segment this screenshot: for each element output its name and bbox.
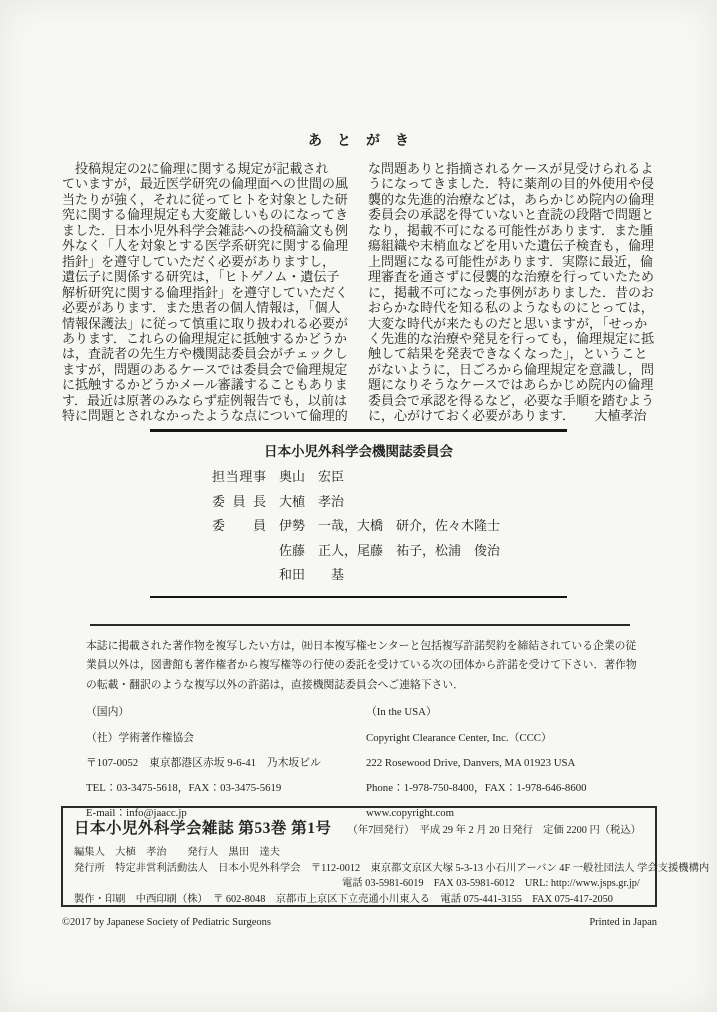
committee-row: 担当理事 奥山 宏臣	[212, 465, 567, 490]
committee-row: 委員長 大植 孝治	[212, 490, 567, 515]
afterword-right-column: な問題ありと指摘されるケースが見受けられるよ うになってきました．特に薬剤の目的…	[368, 161, 658, 424]
committee-role-label	[212, 539, 266, 564]
committee-member-names: 佐藤 正人，尾藤 祐子，松浦 俊治	[279, 539, 500, 564]
notice-top-rule	[90, 624, 630, 626]
journal-title: 日本小児外科学会雑誌 第53巻 第1号	[74, 816, 332, 838]
afterword-left-column: 投稿規定の2に倫理に関する規定が記載され ていますが，最近医学研究の倫理面への世…	[62, 161, 352, 424]
committee-member-list: 担当理事 奥山 宏臣 委員長 大植 孝治 委員 伊勢 一哉，大橋 研介，佐々木隆…	[212, 465, 567, 588]
reproduction-notice-block: 本誌に掲載された著作物を複写したい方は，㈳日本複写権センターと包括複写許諾契約を…	[62, 624, 658, 827]
committee-role-label: 担当理事	[212, 465, 266, 490]
committee-bottom-rule	[150, 596, 567, 598]
committee-row: 和田 基	[212, 563, 567, 588]
printer-line: 製作・印刷 中西印刷（株） 〒 602-8048 京都市上京区下立売通小川東入る…	[74, 892, 644, 908]
committee-role-label: 委員長	[212, 490, 266, 515]
afterword-body: 投稿規定の2に倫理に関する規定が記載され ていますが，最近医学研究の倫理面への世…	[62, 161, 658, 424]
committee-member-names: 伊勢 一哉，大橋 研介，佐々木隆士	[279, 514, 500, 539]
committee-row: 佐藤 正人，尾藤 祐子，松浦 俊治	[212, 539, 567, 564]
committee-row: 委員 伊勢 一哉，大橋 研介，佐々木隆士	[212, 514, 567, 539]
committee-member-names: 和田 基	[279, 563, 344, 588]
colophon-box: 日本小児外科学会雑誌 第53巻 第1号 （年7回発行） 平成 29 年 2 月 …	[61, 806, 657, 907]
document-page: あとがき 投稿規定の2に倫理に関する規定が記載され ていますが，最近医学研究の倫…	[0, 0, 717, 1012]
footer-printed-in: Printed in Japan	[589, 917, 657, 928]
committee-role-label	[212, 563, 266, 588]
page-footer: ©2017 by Japanese Society of Pediatric S…	[62, 917, 657, 928]
colophon-title-row: 日本小児外科学会雑誌 第53巻 第1号 （年7回発行） 平成 29 年 2 月 …	[74, 816, 644, 838]
committee-top-rule	[150, 429, 567, 432]
committee-member-names: 奥山 宏臣	[279, 465, 344, 490]
issue-info: （年7回発行） 平成 29 年 2 月 20 日発行 定価 2200 円（税込）	[348, 821, 641, 836]
committee-role-label: 委員	[212, 514, 266, 539]
committee-member-names: 大植 孝治	[279, 490, 344, 515]
publisher-line: 発行所 特定非営利活動法人 日本小児外科学会 〒112-0012 東京都文京区大…	[74, 861, 644, 877]
footer-copyright: ©2017 by Japanese Society of Pediatric S…	[62, 917, 271, 928]
editor-line: 編集人 大植 孝治 発行人 黒田 達夫	[74, 845, 644, 861]
committee-block: 日本小児外科学会機関誌委員会 担当理事 奥山 宏臣 委員長 大植 孝治 委員 伊…	[150, 429, 567, 598]
reproduction-notice-text: 本誌に掲載された著作物を複写したい方は，㈳日本複写権センターと包括複写許諾契約を…	[86, 637, 642, 696]
page-title: あとがき	[0, 130, 717, 150]
committee-heading: 日本小児外科学会機関誌委員会	[150, 440, 567, 460]
publisher-phone-line: 電話 03-5981-6019 FAX 03-5981-6012 URL: ht…	[74, 876, 644, 892]
